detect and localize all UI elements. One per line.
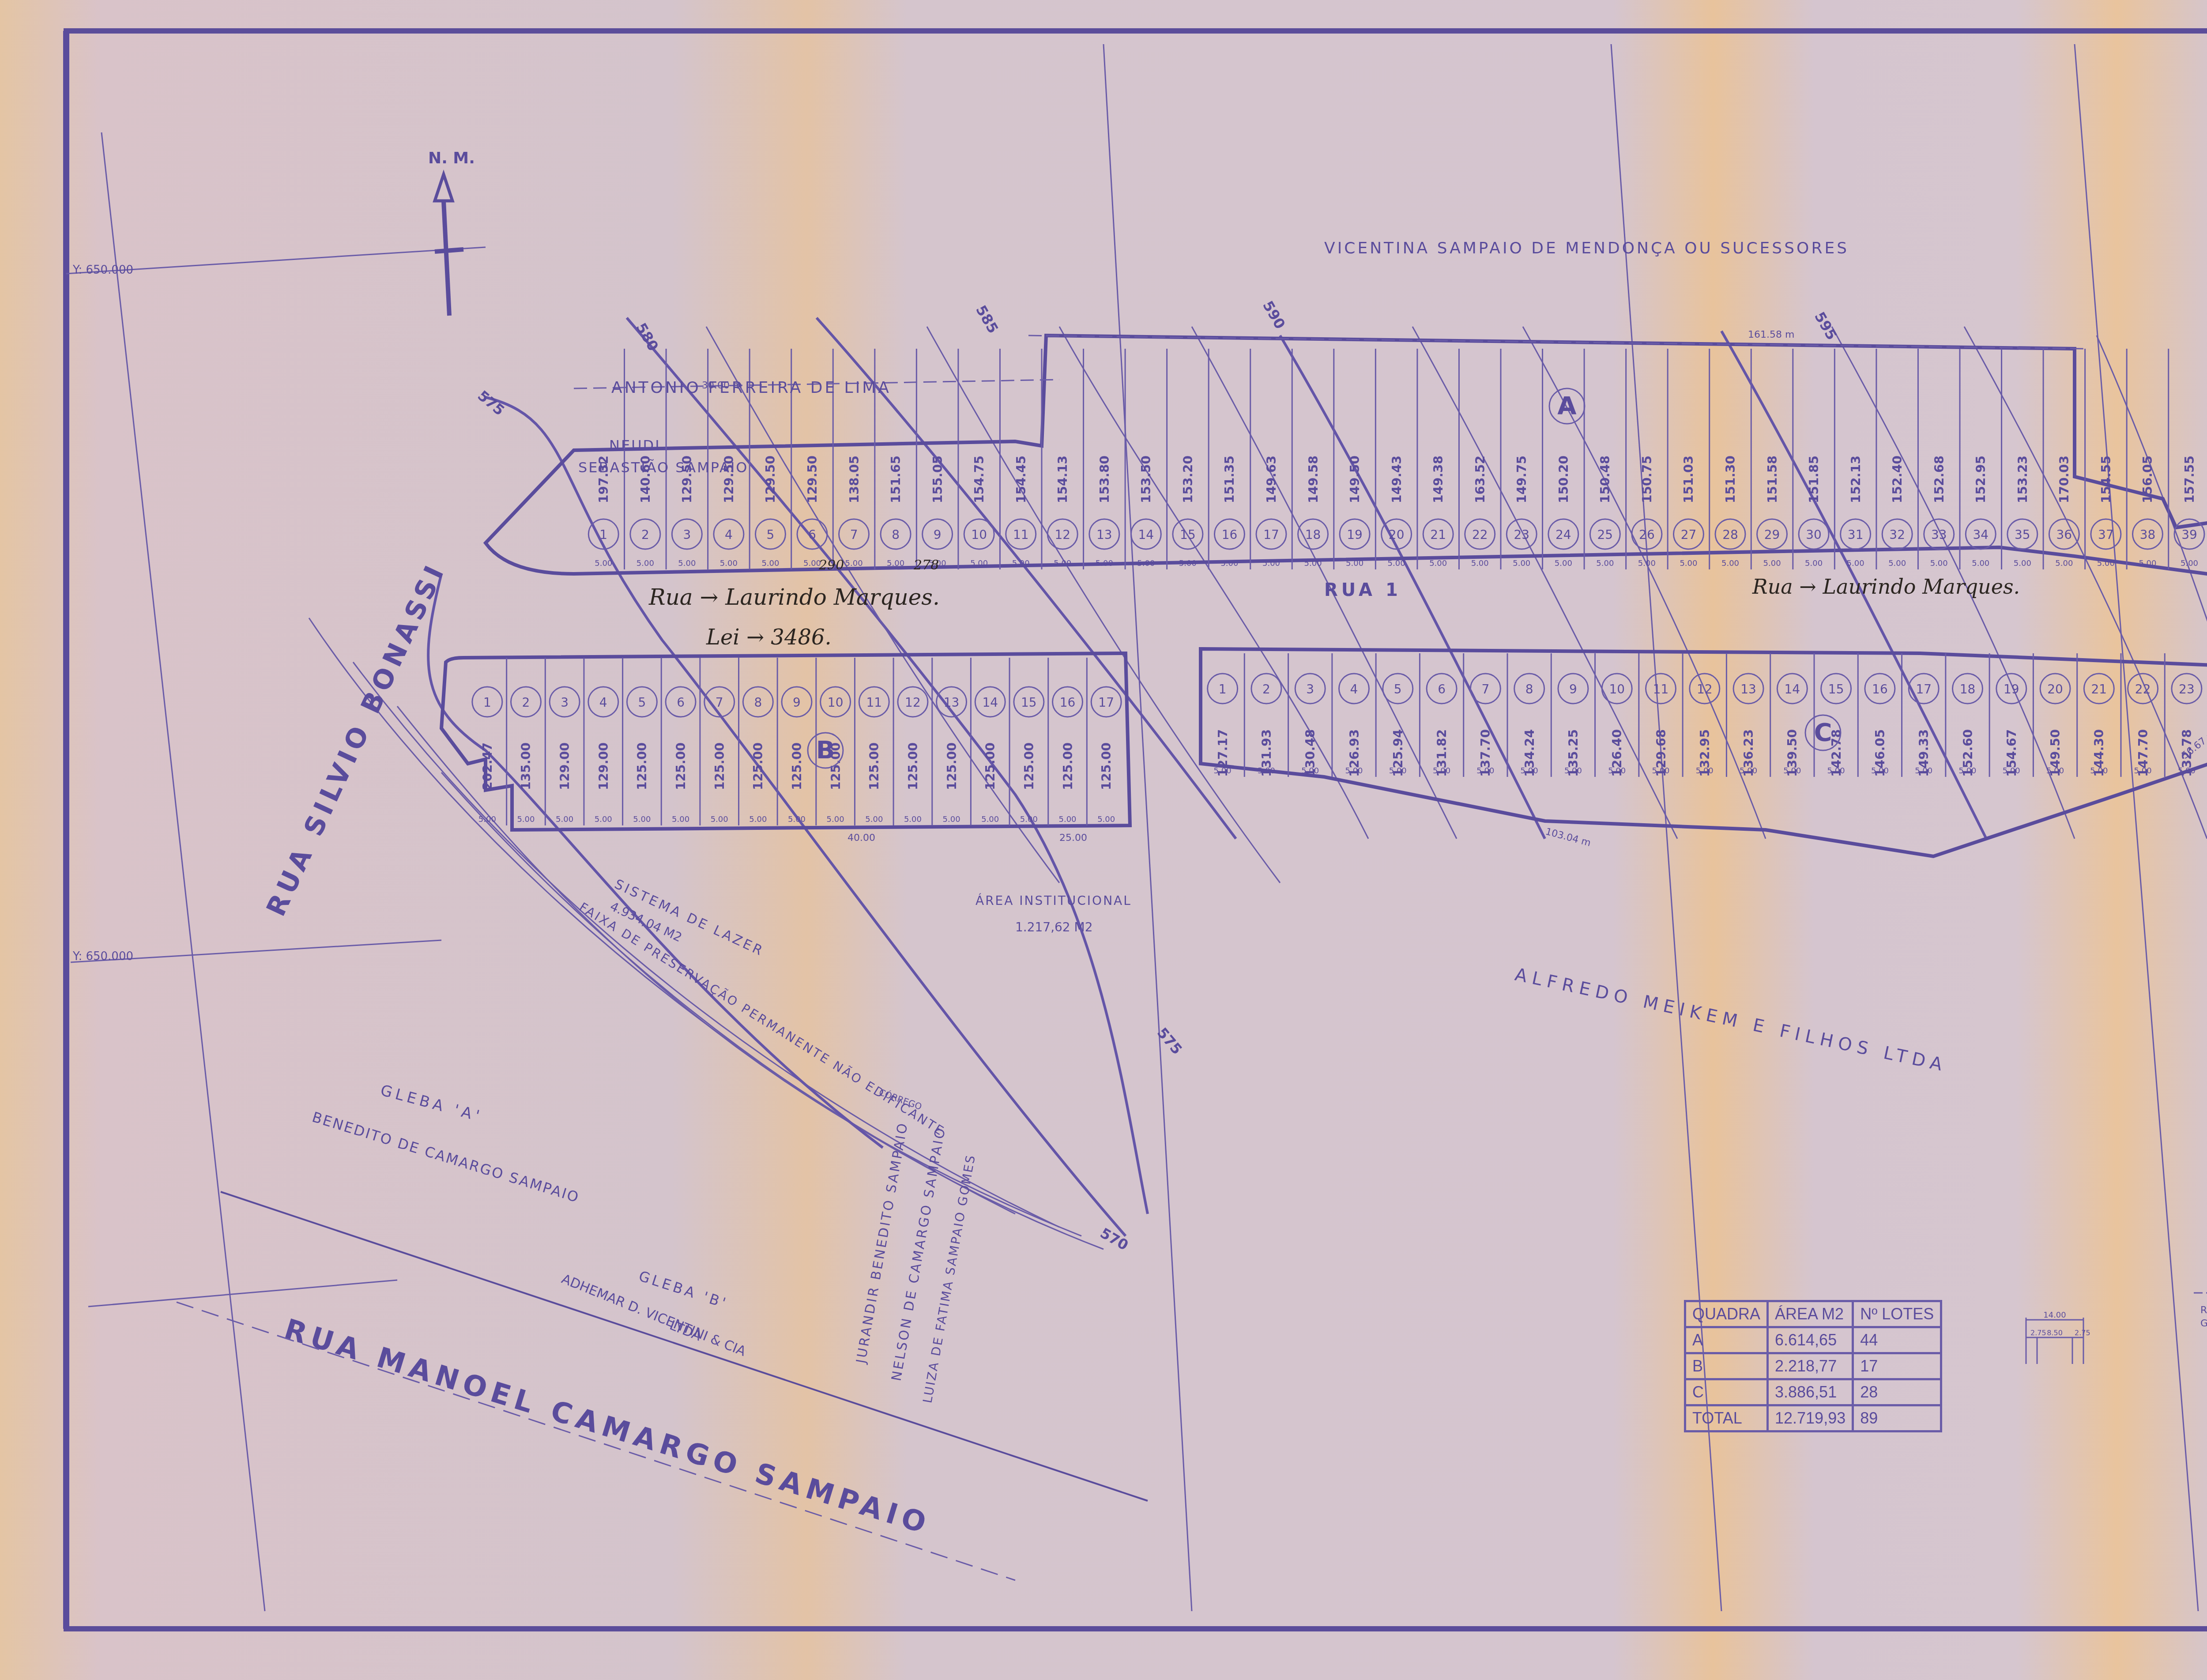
- lot-frontage: 5.00: [904, 815, 922, 824]
- lot: 27151.035.00: [1668, 349, 1703, 569]
- street-rua-1: RUA 1: [1324, 580, 1401, 600]
- lot-number: 14: [982, 695, 998, 710]
- lot-number: 20: [1389, 527, 1405, 542]
- svg-text:14.00: 14.00: [2043, 1311, 2066, 1320]
- lot-number: 13: [1740, 682, 1756, 697]
- lot-frontage: 5.00: [1721, 559, 1739, 568]
- svg-text:B: B: [816, 736, 835, 765]
- lot-area: 149.75: [1514, 456, 1529, 503]
- lot: 17149.635.00: [1250, 349, 1286, 569]
- lot-frontage: 5.00: [1012, 559, 1030, 568]
- lot-frontage: 5.00: [1220, 559, 1238, 568]
- lot: 33152.685.00: [1918, 349, 1954, 569]
- lot-area: 151.30: [1723, 456, 1738, 503]
- lot-area: 125.00: [983, 742, 998, 790]
- lot: 23149.755.00: [1501, 349, 1537, 569]
- handwritten-number-290: 290: [818, 557, 844, 573]
- lot: 12154.135.00: [1042, 349, 1077, 569]
- svg-text:GABARITO DA RUA 14.00: GABARITO DA RUA 14.00: [2200, 1318, 2207, 1329]
- coord-label-top: Y: 650.000: [72, 264, 133, 277]
- lot: 3130.485.00: [1288, 653, 1326, 777]
- lot: 1202.475.00: [472, 687, 502, 824]
- lot-number: 10: [971, 527, 987, 542]
- lot-number: 6: [1438, 682, 1446, 697]
- lot-frontage: 5.00: [1680, 559, 1697, 568]
- lot-area: 149.63: [1264, 456, 1279, 503]
- lot-area: 125.00: [1022, 742, 1036, 790]
- lot: 4129.005.00: [584, 658, 618, 825]
- lot-number: 13: [944, 695, 960, 710]
- svg-text:N. M.: N. M.: [428, 149, 475, 167]
- lot-number: 7: [1481, 682, 1489, 697]
- lot-frontage: 5.00: [1262, 559, 1280, 568]
- lot-number: 23: [2179, 682, 2195, 697]
- lot-number: 17: [1098, 695, 1114, 710]
- lot-area: 129.50: [763, 456, 778, 503]
- lot-number: 33: [1931, 527, 1947, 542]
- lot-number: 1: [599, 527, 607, 542]
- lot: 5125.005.00: [623, 658, 657, 825]
- lot-frontage: 5.00: [1476, 766, 1494, 776]
- lot-frontage: 5.00: [970, 559, 988, 568]
- lot-number: 16: [1872, 682, 1888, 697]
- lot: 13136.235.00: [1726, 653, 1763, 777]
- lot-frontage: 5.00: [1608, 766, 1626, 776]
- lot-area: 151.58: [1765, 456, 1780, 503]
- lot-area: 155.05: [930, 456, 945, 503]
- north-arrow-icon: N. M.: [428, 149, 475, 316]
- lot-area: 125.00: [751, 742, 765, 790]
- lot: 10126.405.00: [1595, 653, 1632, 777]
- lot-number: 1: [1219, 682, 1227, 697]
- lot-number: 29: [1764, 527, 1780, 542]
- lot-number: 27: [1681, 527, 1697, 542]
- lot-area: 170.03: [2057, 456, 2071, 503]
- lot-frontage: 5.00: [1958, 766, 1976, 776]
- lot-frontage: 5.00: [827, 815, 844, 824]
- lot-number: 17: [1263, 527, 1279, 542]
- lot-number: 22: [2135, 682, 2151, 697]
- lot-area: 135.00: [519, 742, 533, 790]
- lot: 4126.935.00: [1332, 653, 1369, 777]
- lot-frontage: 5.00: [845, 559, 863, 568]
- contour-label: 575: [475, 387, 508, 419]
- lot: 2131.935.00: [1244, 653, 1281, 777]
- lot-number: 25: [1597, 527, 1613, 542]
- owner-vicentina: VICENTINA SAMPAIO DE MENDONÇA OU SUCESSO…: [1324, 239, 1849, 257]
- lot: 8134.245.00: [1507, 653, 1544, 777]
- lot-frontage: 5.00: [672, 815, 689, 824]
- lot-number: 30: [1806, 527, 1822, 542]
- lot: 12132.955.00: [1683, 653, 1720, 777]
- lot-frontage: 5.00: [1513, 559, 1530, 568]
- lot: 14153.505.00: [1125, 349, 1161, 569]
- street-section-diagram: 14.00 2.75 8.50 2.75: [2026, 1311, 2090, 1364]
- lot-area: 153.23: [2015, 456, 2030, 503]
- contour-label: 580: [633, 320, 662, 354]
- lot-area: 154.13: [1055, 456, 1070, 503]
- lot-area: 152.68: [1932, 456, 1947, 503]
- lot: 39157.555.00: [2169, 349, 2204, 569]
- lot-frontage: 5.00: [1054, 559, 1071, 568]
- lot-area: 125.00: [790, 742, 804, 790]
- lot: 34152.955.00: [1960, 349, 1996, 569]
- lot-frontage: 5.00: [1847, 559, 1864, 568]
- lot-number: 8: [1525, 682, 1533, 697]
- svg-text:2.75: 2.75: [2075, 1329, 2090, 1337]
- table-header: Nº LOTES: [1853, 1301, 1941, 1327]
- lot-frontage: 5.00: [478, 815, 496, 824]
- lot-frontage: 5.00: [678, 559, 696, 568]
- lot-area: 163.52: [1473, 456, 1488, 503]
- lot-number: 6: [677, 695, 685, 710]
- svg-text:C: C: [1814, 718, 1832, 747]
- lot: 25150.485.00: [1584, 349, 1620, 569]
- lot-frontage: 5.00: [1137, 559, 1155, 568]
- handwritten-number-278: 278: [913, 557, 939, 573]
- lot: 16146.055.00: [1858, 653, 1895, 777]
- handwritten-rua-laurindo-right: Rua → Laurindo Marques.: [1752, 575, 2020, 599]
- lot-frontage: 5.00: [1346, 559, 1363, 568]
- svg-text:2.75: 2.75: [2030, 1329, 2046, 1337]
- lot-frontage: 5.00: [1389, 766, 1407, 776]
- lot-number: 7: [716, 695, 723, 710]
- lot-frontage: 5.00: [1915, 766, 1932, 776]
- lot: 22147.705.00: [2121, 653, 2158, 777]
- lot-frontage: 5.00: [2178, 766, 2196, 776]
- lot-number: 34: [1973, 527, 1989, 542]
- contour-label: 585: [972, 302, 1002, 336]
- lot-frontage: 5.00: [1972, 559, 1989, 568]
- lot-area: 125.00: [945, 742, 959, 790]
- handwritten-lei: Lei → 3486.: [706, 625, 832, 650]
- lot-area: 149.43: [1390, 456, 1404, 503]
- lot-number: 10: [828, 695, 844, 710]
- lot-number: 20: [2047, 682, 2063, 697]
- owner-antonio: ANTONIO FERREIRA DE LIMA: [611, 379, 891, 397]
- lot-frontage: 5.00: [636, 559, 654, 568]
- lot-number: 3: [683, 527, 691, 542]
- lot: 20149.505.00: [2033, 653, 2070, 777]
- lot: 15153.205.00: [1167, 349, 1203, 569]
- lot-frontage: 5.00: [1020, 815, 1038, 824]
- lot: 22163.525.00: [1459, 349, 1495, 569]
- lot-area: 154.45: [1014, 456, 1028, 503]
- lot-number: 10: [1609, 682, 1625, 697]
- lot-number: 9: [793, 695, 801, 710]
- lot-number: 9: [1569, 682, 1577, 697]
- lot-number: 15: [1180, 527, 1196, 542]
- lot-number: 13: [1096, 527, 1112, 542]
- lot: 26150.755.00: [1626, 349, 1662, 569]
- lot-number: 18: [1305, 527, 1321, 542]
- lot-frontage: 5.00: [1740, 766, 1757, 776]
- lot-number: 4: [1350, 682, 1358, 697]
- lot-number: 2: [522, 695, 530, 710]
- lot-area: 151.85: [1807, 456, 1821, 503]
- lot-number: 37: [2098, 527, 2114, 542]
- lot: 16125.005.00: [1048, 658, 1083, 825]
- handwritten-rua-laurindo-left: Rua → Laurindo Marques.: [648, 584, 940, 610]
- lot-number: 4: [599, 695, 607, 710]
- lot-number: 21: [1430, 527, 1446, 542]
- lot-area: 149.38: [1431, 456, 1446, 503]
- lot-frontage: 5.00: [2055, 559, 2073, 568]
- lot: 13125.005.00: [932, 658, 967, 825]
- lot-number: 8: [892, 527, 900, 542]
- gleba-a-owner: BENEDITO DE CAMARGO SAMPAIO: [310, 1108, 582, 1206]
- lot: 21149.385.00: [1417, 349, 1453, 569]
- legend-notes: AP: ÁGUAS PLUVIAIS RAIO DAS ESQUINAS 9.0…: [2194, 1287, 2207, 1331]
- quadra-c-lots: 1127.175.002131.935.003130.485.004126.93…: [1208, 653, 2207, 777]
- lot-area: 129.00: [596, 742, 611, 790]
- lot-frontage: 5.00: [1214, 766, 1232, 776]
- lot-frontage: 5.00: [1301, 766, 1319, 776]
- quadra-summary-table: QUADRAÁREA M2Nº LOTES A6.614,6544 B2.218…: [1684, 1300, 1942, 1432]
- quadra-b-lots: 1202.475.002135.005.003129.005.004129.00…: [472, 658, 1121, 825]
- lot: 1127.175.00: [1208, 674, 1238, 777]
- lot-frontage: 5.00: [1345, 766, 1363, 776]
- lot-number: 21: [2091, 682, 2107, 697]
- lot-area: 202.47: [480, 742, 495, 790]
- lot-frontage: 5.00: [517, 815, 535, 824]
- svg-text:RUA 1: RUA 1: [1324, 580, 1401, 600]
- lot-number: 12: [1697, 682, 1713, 697]
- lot-frontage: 5.00: [1805, 559, 1823, 568]
- lot: 11154.455.00: [1000, 349, 1036, 569]
- lot: 19149.505.00: [1334, 349, 1370, 569]
- lot: 9135.255.00: [1551, 653, 1588, 777]
- lot-frontage: 5.00: [2097, 559, 2115, 568]
- lot: 6125.005.00: [661, 658, 696, 825]
- lot: 24150.205.00: [1543, 349, 1578, 569]
- lot-frontage: 5.00: [1930, 559, 1948, 568]
- lot-frontage: 5.00: [1555, 559, 1572, 568]
- lot-frontage: 5.00: [2181, 559, 2198, 568]
- lot: 20149.435.00: [1375, 349, 1411, 569]
- lot-number: 8: [754, 695, 762, 710]
- lot-frontage: 5.00: [1871, 766, 1889, 776]
- lot-number: 7: [850, 527, 858, 542]
- lot-area: 125.00: [1099, 742, 1114, 790]
- lot: 31152.135.00: [1834, 349, 1870, 569]
- table-row: TOTAL12.719,9389: [1685, 1405, 1941, 1431]
- lot: 30151.855.00: [1793, 349, 1829, 569]
- lot-frontage: 5.00: [1763, 559, 1781, 568]
- lot-frontage: 5.00: [1429, 559, 1447, 568]
- lot: 17149.335.00: [1902, 653, 1939, 777]
- lot-frontage: 5.00: [943, 815, 960, 824]
- lot-area: 150.48: [1598, 456, 1612, 503]
- lot-frontage: 5.00: [1471, 559, 1489, 568]
- faixa-preservacao-label: FAIXA DE PRESERVAÇÃO PERMANENTE NÃO EDIF…: [576, 900, 947, 1139]
- lot: 13153.805.00: [1084, 349, 1119, 569]
- area-institucional-value: 1.217,62 M2: [1015, 920, 1093, 934]
- lot-area: 125.00: [712, 742, 727, 790]
- svg-text:RAIO DAS ESQUINAS 9.00: RAIO DAS ESQUINAS 9.00: [2200, 1305, 2207, 1316]
- lot: 21144.305.00: [2077, 653, 2114, 777]
- lot-number: 17: [1916, 682, 1932, 697]
- lot-number: 14: [1785, 682, 1800, 697]
- lot-area: 152.40: [1890, 456, 1905, 503]
- lot-frontage: 5.00: [1827, 766, 1845, 776]
- contour-label: 595: [1811, 309, 1840, 343]
- lot-number: 1: [483, 695, 491, 710]
- lot-frontage: 5.00: [2139, 559, 2156, 568]
- contour-label: 590: [1259, 298, 1288, 332]
- lot-number: 22: [1472, 527, 1488, 542]
- lot-number: 11: [1013, 527, 1029, 542]
- lot-number: 38: [2140, 527, 2156, 542]
- coord-label-mid: Y: 650.000: [72, 950, 133, 963]
- table-row: C3.886,5128: [1685, 1379, 1941, 1405]
- lot-area: 152.13: [1849, 456, 1863, 503]
- lot: 12125.005.00: [893, 658, 928, 825]
- lot-area: 138.05: [847, 456, 862, 503]
- lot: 15125.005.00: [1009, 658, 1044, 825]
- lot-frontage: 5.00: [1521, 766, 1538, 776]
- lot-area: 153.80: [1097, 456, 1112, 503]
- lot-number: 12: [905, 695, 921, 710]
- lot-frontage: 5.00: [1179, 559, 1197, 568]
- lot-area: 152.95: [1973, 456, 1988, 503]
- lot: 29151.585.00: [1751, 349, 1787, 569]
- lot-number: 15: [1021, 695, 1037, 710]
- lot-number: 11: [866, 695, 882, 710]
- lot-area: 151.65: [889, 456, 903, 503]
- lot-number: 31: [1848, 527, 1864, 542]
- dim-b-25: 25.00: [1059, 832, 1087, 844]
- lot-frontage: 5.00: [633, 815, 651, 824]
- lot-number: 36: [2056, 527, 2072, 542]
- lot-frontage: 5.00: [1596, 559, 1614, 568]
- lot: 3129.005.00: [545, 658, 580, 825]
- street-manoel-camargo: RUA MANOEL CAMARGO SAMPAIO: [280, 1313, 934, 1541]
- table-row: A6.614,6544: [1685, 1327, 1941, 1353]
- lot: 16151.355.00: [1209, 349, 1244, 569]
- table-header: QUADRA: [1685, 1301, 1768, 1327]
- lot-area: 150.20: [1556, 456, 1571, 503]
- lot-number: 3: [1306, 682, 1314, 697]
- lot-frontage: 5.00: [720, 559, 738, 568]
- lot-number: 12: [1055, 527, 1070, 542]
- lot-area: 129.50: [805, 456, 820, 503]
- lot-number: 15: [1828, 682, 1844, 697]
- blueprint-sheet: Y: 650.000 Y: 650.000 X: 900.000 N. M. 5…: [0, 0, 2207, 1680]
- dim-b-total: 40.00: [847, 832, 875, 844]
- lot-number: 23: [1514, 527, 1529, 542]
- lot-area: 151.35: [1222, 456, 1237, 503]
- lot-frontage: 5.00: [1638, 559, 1656, 568]
- svg-text:8.50: 8.50: [2047, 1329, 2063, 1337]
- lot-frontage: 5.00: [1433, 766, 1450, 776]
- lot-frontage: 5.00: [981, 815, 999, 824]
- lot-number: 11: [1653, 682, 1669, 697]
- lot: 38156.055.00: [2127, 349, 2162, 569]
- lot-frontage: 5.00: [1652, 766, 1669, 776]
- lot-number: 5: [1394, 682, 1402, 697]
- lot: 8125.005.00: [739, 658, 773, 825]
- lot: 18152.605.00: [1946, 653, 1983, 777]
- lot-area: 149.50: [1348, 456, 1362, 503]
- lot-number: 35: [2015, 527, 2030, 542]
- lot-number: 5: [767, 527, 775, 542]
- lot: 11125.005.00: [855, 658, 889, 825]
- lot-frontage: 5.00: [595, 815, 612, 824]
- dim-road-length: 161.58 m: [1748, 329, 1794, 340]
- lot: 14139.505.00: [1770, 653, 1808, 777]
- lot-area: 154.75: [972, 456, 987, 503]
- lot-frontage: 5.00: [2046, 766, 2064, 776]
- lot-area: 125.00: [867, 742, 881, 790]
- lot: 23132.785.00: [2165, 653, 2202, 777]
- lot-frontage: 5.00: [556, 815, 573, 824]
- lot-number: 28: [1722, 527, 1738, 542]
- lot-frontage: 5.00: [749, 815, 767, 824]
- lot-area: 154.55: [2099, 456, 2113, 503]
- lot-area: 153.50: [1139, 456, 1153, 503]
- lot-frontage: 5.00: [1304, 559, 1322, 568]
- lot-number: 26: [1639, 527, 1655, 542]
- lot-frontage: 5.00: [1058, 815, 1076, 824]
- lot-number: 6: [808, 527, 816, 542]
- lot-number: 9: [934, 527, 942, 542]
- lot-frontage: 5.00: [1097, 815, 1115, 824]
- lot-area: 151.03: [1681, 456, 1696, 503]
- lot-frontage: 5.00: [887, 559, 904, 568]
- owner-neudi: NEUDI: [609, 437, 661, 454]
- lot-frontage: 5.00: [2090, 766, 2108, 776]
- lot-number: 19: [1347, 527, 1363, 542]
- lot-area: 125.00: [635, 742, 649, 790]
- table-row: B2.218,7717: [1685, 1353, 1941, 1379]
- lot-frontage: 5.00: [1096, 559, 1113, 568]
- table-header: ÁREA M2: [1768, 1301, 1853, 1327]
- lot-area: 150.75: [1640, 456, 1654, 503]
- area-institucional-label: ÁREA INSTITUCIONAL: [975, 893, 1132, 908]
- contour-lines: [309, 318, 2207, 1249]
- lot-area: 125.00: [906, 742, 920, 790]
- dim-c-103: 103.04 m: [1544, 826, 1592, 849]
- lot: 7125.005.00: [700, 658, 734, 825]
- lot: 37154.555.00: [2085, 349, 2121, 569]
- quadra-a-marker: A: [1549, 388, 1585, 424]
- lot-frontage: 5.00: [2003, 766, 2020, 776]
- lot-frontage: 5.00: [2014, 559, 2031, 568]
- lot-number: 19: [2004, 682, 2019, 697]
- lot-number: 5: [638, 695, 646, 710]
- lot-number: 3: [561, 695, 569, 710]
- lot-frontage: 5.00: [1696, 766, 1714, 776]
- lot-area: 129.00: [557, 742, 572, 790]
- lot-area: 157.55: [2182, 456, 2197, 503]
- lot-number: 39: [2181, 527, 2197, 542]
- lot: 18149.585.00: [1292, 349, 1328, 569]
- lot-number: 16: [1060, 695, 1076, 710]
- svg-text:A: A: [1557, 392, 1577, 420]
- lot-frontage: 5.00: [1783, 766, 1801, 776]
- lot: 19154.675.00: [1989, 653, 2026, 777]
- lot-number: 24: [1555, 527, 1571, 542]
- lot-number: 18: [1960, 682, 1976, 697]
- lot: 11129.685.00: [1639, 653, 1676, 777]
- lot-frontage: 5.00: [1388, 559, 1405, 568]
- dim-side: 30.00 m: [702, 380, 742, 391]
- lot-number: 4: [725, 527, 733, 542]
- lot: 28151.305.00: [1710, 349, 1745, 569]
- gleba-a-title: GLEBA 'A': [379, 1081, 485, 1126]
- lot: 32152.405.00: [1876, 349, 1912, 569]
